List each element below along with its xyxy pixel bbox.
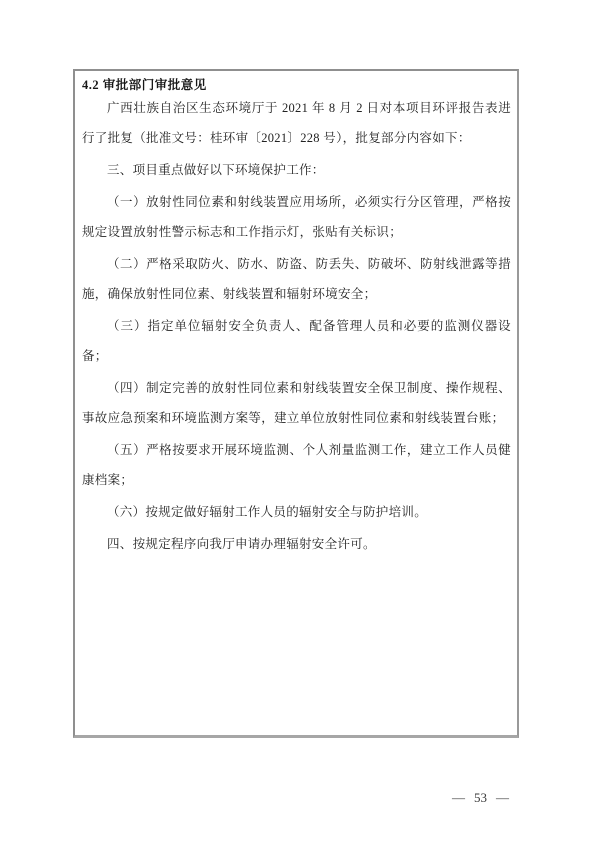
paragraph-point-four: 四、按规定程序向我厅申请办理辐射安全许可。 <box>82 529 511 559</box>
approval-opinion-box: 4.2 审批部门审批意见 广西壮族自治区生态环境厅于 2021 年 8 月 2 … <box>73 69 519 738</box>
page-number-dash-left: — <box>452 790 465 806</box>
paragraph-item-2: （二）严格采取防火、防水、防盗、防丢失、防破坏、防射线泄露等措施，确保放射性同位… <box>82 249 511 309</box>
paragraph-approval-intro: 广西壮族自治区生态环境厅于 2021 年 8 月 2 日对本项目环评报告表进行了… <box>82 93 511 153</box>
paragraph-point-three: 三、项目重点做好以下环境保护工作： <box>82 155 511 185</box>
paragraph-item-6: （六）按规定做好辐射工作人员的辐射安全与防护培训。 <box>82 497 511 527</box>
page-number-dash-right: — <box>496 790 509 806</box>
paragraph-item-3: （三）指定单位辐射安全负责人、配备管理人员和必要的监测仪器设备； <box>82 311 511 371</box>
paragraph-item-5: （五）严格按要求开展环境监测、个人剂量监测工作，建立工作人员健康档案； <box>82 435 511 495</box>
paragraph-item-4: （四）制定完善的放射性同位素和射线装置安全保卫制度、操作规程、事故应急预案和环境… <box>82 373 511 433</box>
paragraph-item-1: （一）放射性同位素和射线装置应用场所，必须实行分区管理，严格按规定设置放射性警示… <box>82 187 511 247</box>
section-heading: 4.2 审批部门审批意见 <box>82 77 511 93</box>
page-number-value: 53 <box>474 790 487 806</box>
page-number: — 53 — <box>452 790 509 806</box>
document-page: 4.2 审批部门审批意见 广西壮族自治区生态环境厅于 2021 年 8 月 2 … <box>0 0 600 848</box>
